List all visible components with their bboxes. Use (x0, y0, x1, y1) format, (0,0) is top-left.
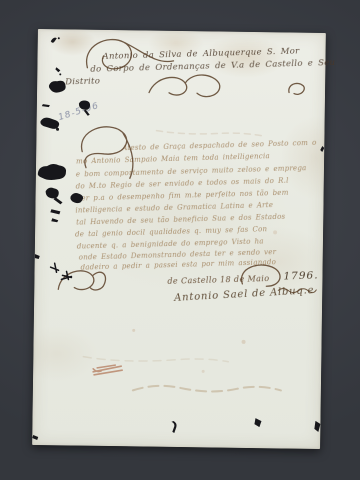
ink-blot (84, 110, 90, 116)
bleedthrough-line (133, 385, 281, 392)
ink-blot (40, 117, 59, 128)
ink-blot (35, 254, 40, 259)
foxing-spot (202, 370, 205, 373)
year-underline-squiggle (278, 288, 316, 293)
ink-blot (70, 193, 83, 203)
ink-blot (254, 418, 261, 427)
bleedthrough-traces (83, 130, 285, 393)
ink-blot (59, 73, 61, 75)
ink-blot (55, 67, 60, 72)
calligraphic-flourishes (58, 39, 319, 293)
photograph-of-manuscript: 18-5-96 Antonio da Silva de Albuquerque … (0, 0, 360, 480)
foxing-spots (132, 228, 277, 373)
bleedthrough-line (156, 131, 264, 137)
header-initial-flourish (86, 39, 173, 69)
pen-trial-marks (50, 263, 71, 279)
foxing-spot (132, 329, 135, 332)
cross-mark (51, 263, 59, 272)
ink-blots (32, 37, 326, 444)
ink-blot (314, 421, 320, 432)
ink-blot (46, 188, 59, 199)
ink-blot (50, 209, 60, 214)
ink-blot (171, 421, 176, 433)
manuscript-page: 18-5-96 Antonio da Silva de Albuquerque … (32, 29, 326, 449)
rubric-flourish (149, 74, 220, 97)
ink-blot (49, 81, 66, 93)
ink-blot (51, 218, 58, 222)
rust-scribble-smudge (93, 365, 122, 375)
small-loop-flourish (289, 83, 305, 94)
ink-blot (79, 100, 90, 110)
foxing-spot (242, 340, 246, 344)
bleedthrough-line (83, 357, 228, 363)
ink-blot (32, 435, 38, 440)
ink-blot (320, 146, 324, 152)
ink-marks-overlay (32, 29, 326, 449)
ink-blot (42, 104, 50, 107)
ink-blot (51, 38, 57, 43)
paraph-flourish (58, 271, 105, 291)
ink-blot (38, 164, 66, 180)
ink-blot (53, 197, 62, 204)
body-initial-flourish (81, 126, 133, 178)
ink-blot (58, 37, 60, 39)
foxing-spot (273, 230, 277, 234)
date-flourish (241, 265, 280, 287)
